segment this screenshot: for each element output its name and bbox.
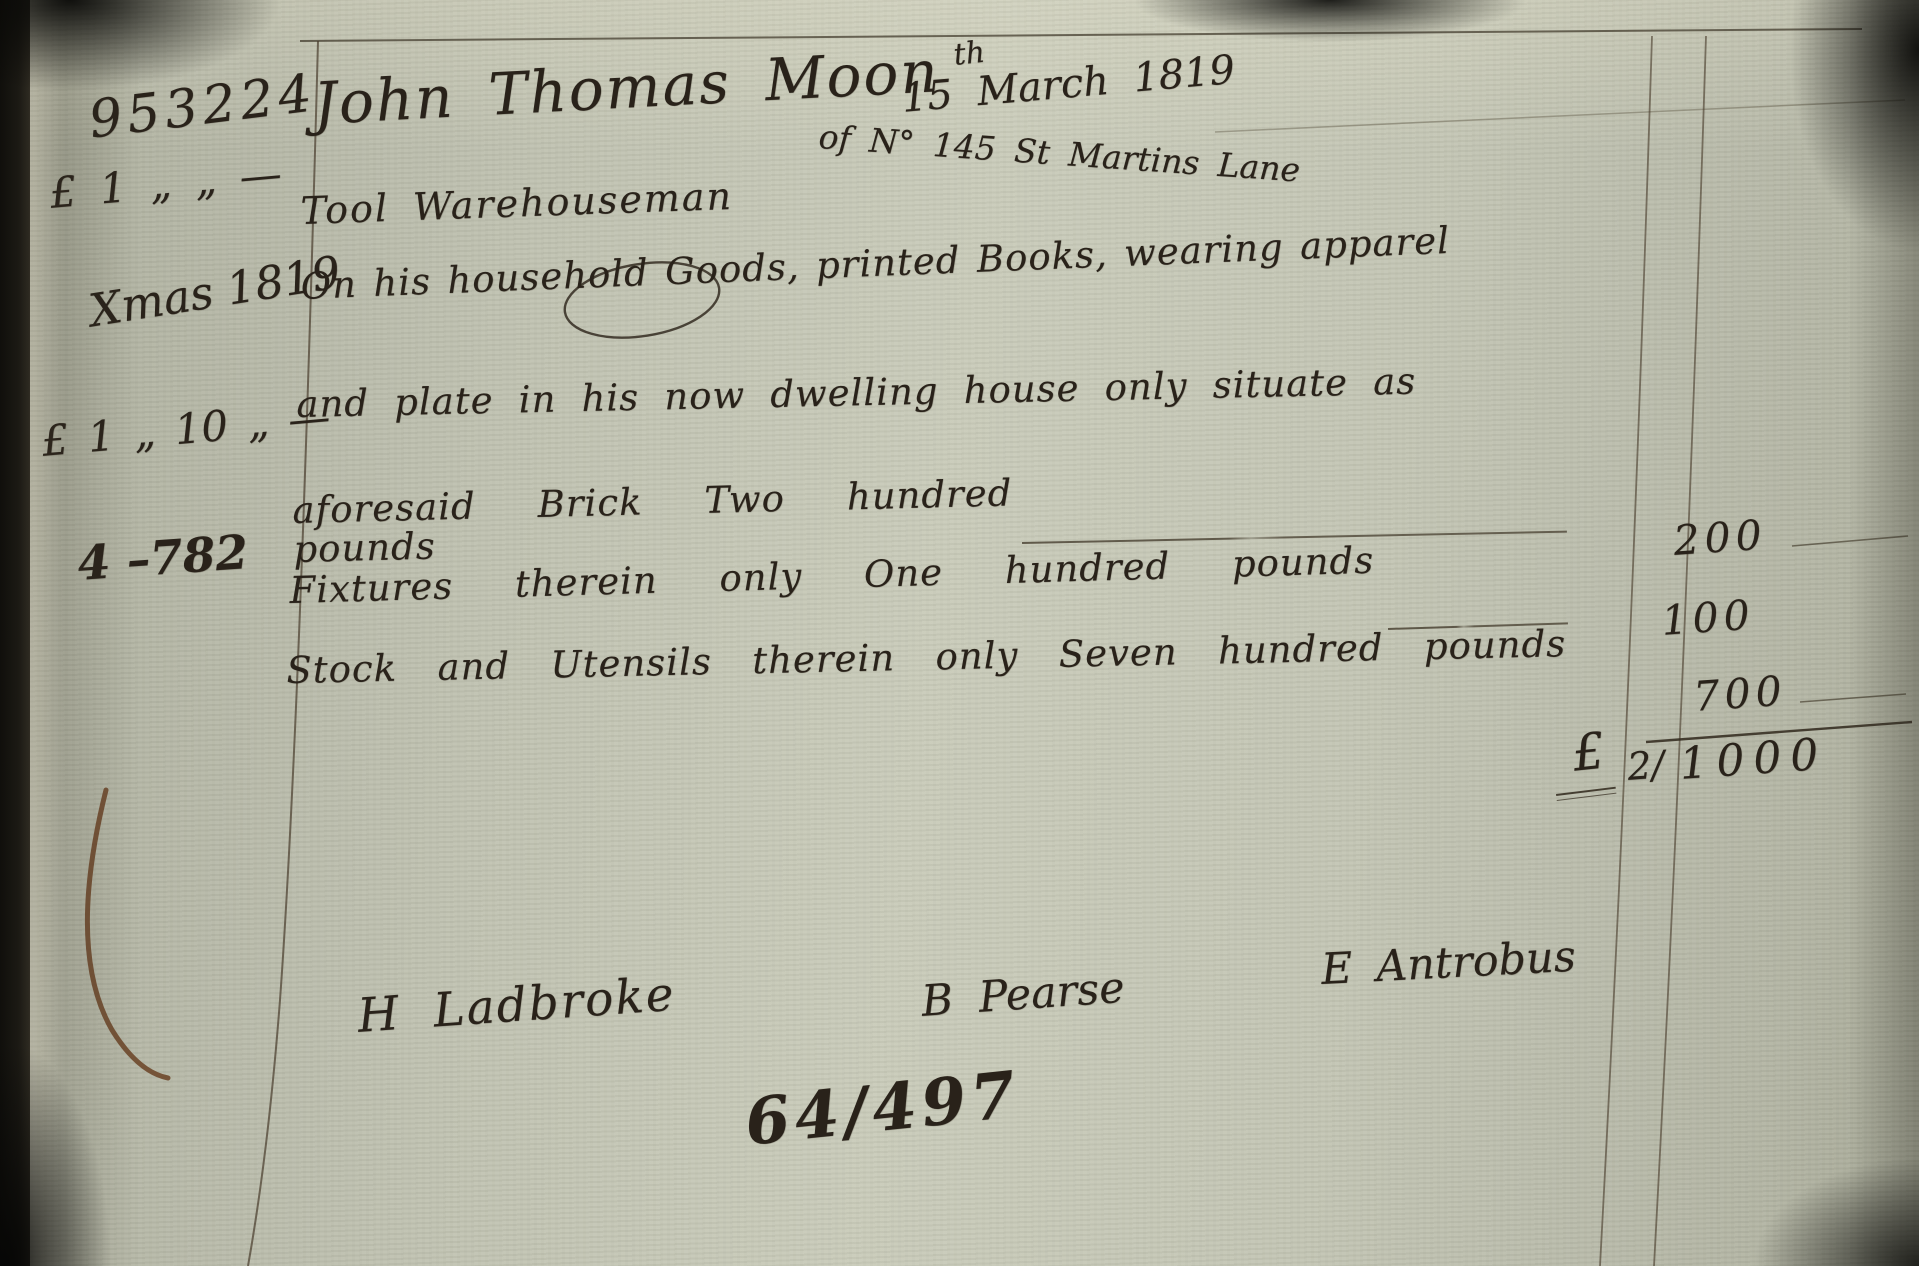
total-currency: £ <box>1570 725 1607 781</box>
amount-value-700: 700 <box>1692 669 1788 718</box>
total-rate: 2/ <box>1626 745 1666 787</box>
book-binding <box>0 0 34 1266</box>
amount-value-100: 100 <box>1660 593 1756 642</box>
ledger-photo: th 15 March 1819 953224 £ 1 „ „ — Xmas 1… <box>0 0 1919 1266</box>
agent-reference: 4 –782 <box>76 528 250 589</box>
total-amount: 1000 <box>1678 732 1829 788</box>
date-day-superscript: th <box>952 37 987 72</box>
amount-value-200: 200 <box>1672 513 1768 562</box>
